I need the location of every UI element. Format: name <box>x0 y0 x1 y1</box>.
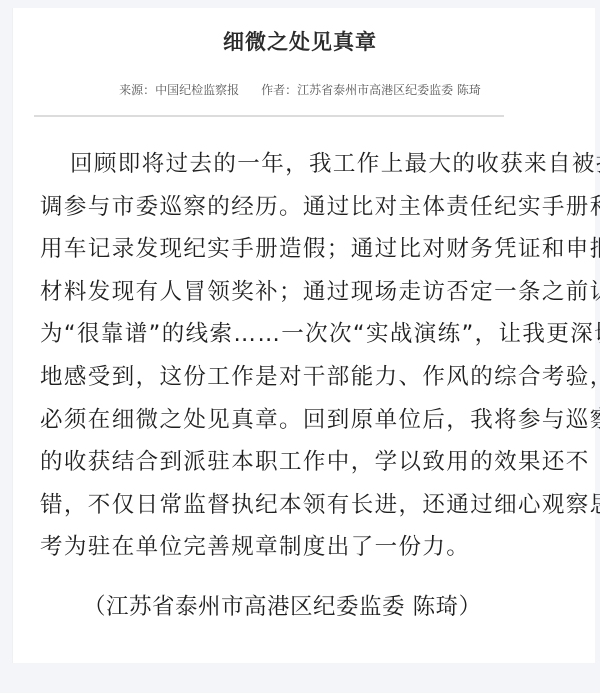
source-label: 来源： <box>119 83 155 97</box>
body-line: 错，不仅日常监督执纪本领有长进，还通过细心观察思 <box>40 484 576 527</box>
author-label: 作者： <box>261 83 297 97</box>
body-line: 地感受到，这份工作是对干部能力、作风的综合考验， <box>40 356 576 399</box>
article-signature: （江苏省泰州市高港区纪委监委 陈琦） <box>83 589 482 621</box>
source-name: 中国纪检监察报 <box>155 83 239 97</box>
body-line: 的收获结合到派驻本职工作中，学以致用的效果还不 <box>40 441 576 484</box>
body-paragraph: 回顾即将过去的一年，我工作上最大的收获来自被抽 调参与市委巡察的经历。通过比对主… <box>40 143 576 569</box>
body-line: 回顾即将过去的一年，我工作上最大的收获来自被抽 <box>40 143 576 186</box>
article-body: 回顾即将过去的一年，我工作上最大的收获来自被抽 调参与市委巡察的经历。通过比对主… <box>40 143 576 569</box>
body-line: 材料发现有人冒领奖补；通过现场走访否定一条之前认 <box>40 271 576 314</box>
body-line: 必须在细微之处见真章。回到原单位后，我将参与巡察 <box>40 399 576 442</box>
body-line: 为“很靠谱”的线索……一次次“实战演练”，让我更深切 <box>40 313 576 356</box>
article-meta: 来源：中国纪检监察报作者：江苏省泰州市高港区纪委监委 陈琦 <box>0 81 600 98</box>
body-line: 调参与市委巡察的经历。通过比对主体责任纪实手册和 <box>40 186 576 229</box>
author-name: 江苏省泰州市高港区纪委监委 陈琦 <box>297 83 481 97</box>
body-line: 考为驻在单位完善规章制度出了一份力。 <box>40 526 576 569</box>
page-bottom-margin <box>0 663 600 693</box>
divider <box>34 115 504 117</box>
body-line: 用车记录发现纪实手册造假；通过比对财务凭证和申报 <box>40 228 576 271</box>
article-title: 细微之处见真章 <box>0 26 600 56</box>
